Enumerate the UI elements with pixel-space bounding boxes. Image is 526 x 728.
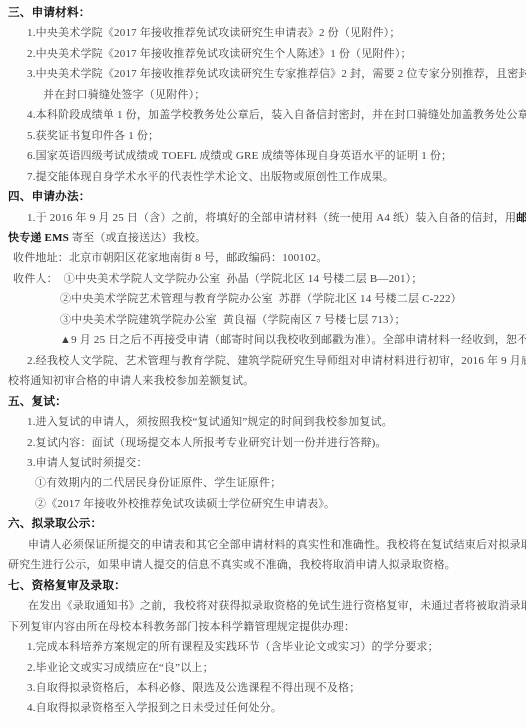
document-line: 1.中央美术学院《2017 年接收推荐免试攻读研究生申请表》2 份（见附件）； bbox=[0, 23, 526, 43]
text-run: 收件地址：北京市朝阳区花家地南街 8 号，邮政编码：100102。 bbox=[13, 252, 328, 264]
text-run: 1.进入复试的申请人，须按照我校“复试通知”规定的时间到我校参加复试。 bbox=[27, 416, 393, 428]
section-heading-5: 七、资格复审及录取： bbox=[0, 576, 526, 596]
text-run: 研究生进行公示，如果申请人提交的信息不真实或不准确，我校将取消申请人拟录取资格。 bbox=[8, 559, 456, 571]
section-heading-1: 三、申请材料： bbox=[0, 3, 526, 23]
document-line: ▲9 月 25 日之后不再接受申请（邮寄时间以我校收到邮戳为准）。全部申请材料一… bbox=[0, 330, 526, 350]
document-line: 3.中央美术学院《2017 年接收推荐免试攻读研究生专家推荐信》2 封，需要 2… bbox=[0, 64, 526, 84]
text-run: 收件人： ①中央美术学院人文学院办公室 孙晶（学院北区 14 号楼二层 B—20… bbox=[13, 273, 423, 285]
text-run: 5.获奖证书复印件各 1 份； bbox=[27, 130, 159, 142]
text-run: 并在封口骑缝处签字（见附件）； bbox=[43, 89, 206, 101]
text-run: ①有效期内的二代居民身份证原件、学生证原件； bbox=[35, 477, 281, 489]
text-run: 在发出《录取通知书》之前，我校将对获得拟录取资格的免试生进行资格复审，未通过者将… bbox=[28, 600, 526, 612]
text-run: 2.复试内容：面试（现场提交本人所报考专业研究计划一份并进行答辩)。 bbox=[27, 437, 387, 449]
document-line: 下列复审内容由所在母校本科教务部门按本科学籍管理规定提供办理： bbox=[0, 617, 526, 637]
text-run: 2.毕业论文或实习成绩应在“良”以上； bbox=[27, 662, 214, 674]
document-line: 并在封口骑缝处签字（见附件）； bbox=[0, 85, 526, 105]
document-line: 3.申请人复试时须提交： bbox=[0, 453, 526, 473]
document-line: 收件地址：北京市朝阳区花家地南街 8 号，邮政编码：100102。 bbox=[0, 248, 526, 268]
document-line: 申请人必须保证所提交的申请表和其它全部申请材料的真实性和准确性。我校将在复试结束… bbox=[0, 535, 526, 555]
emphasis-text: 快专递 EMS bbox=[8, 232, 69, 244]
document-line: 1.进入复试的申请人，须按照我校“复试通知”规定的时间到我校参加复试。 bbox=[0, 412, 526, 432]
text-run: ②《2017 年接收外校推荐免试攻读硕士学位研究生申请表》。 bbox=[35, 498, 335, 510]
text-run: ②中央美术学院艺术管理与教育学院办公室 苏群（学院北区 14 号楼二层 C-22… bbox=[60, 293, 462, 305]
document-line: ③中央美术学院建筑学院办公室 黄良福（学院南区 7 号楼七层 713）； bbox=[0, 310, 526, 330]
text-run: 校将通知初审合格的申请人来我校参加差额复试。 bbox=[8, 375, 254, 387]
text-run: 3.中央美术学院《2017 年接收推荐免试攻读研究生专家推荐信》2 封，需要 2… bbox=[27, 68, 526, 80]
document-line: ②中央美术学院艺术管理与教育学院办公室 苏群（学院北区 14 号楼二层 C-22… bbox=[0, 289, 526, 309]
document-line: 2.毕业论文或实习成绩应在“良”以上； bbox=[0, 658, 526, 678]
text-run: 3.自取得拟录资格后，本科必修、限选及公选课程不得出现不及格； bbox=[27, 682, 360, 694]
document-line: ①有效期内的二代居民身份证原件、学生证原件； bbox=[0, 473, 526, 493]
text-run: 2.中央美术学院《2017 年接收推荐免试攻读研究生个人陈述》1 份（见附件）； bbox=[27, 48, 412, 60]
text-run: 下列复审内容由所在母校本科教务部门按本科学籍管理规定提供办理： bbox=[8, 621, 355, 633]
document-line: 6.国家英语四级考试成绩或 TOEFL 成绩或 GRE 成绩等体现自身英语水平的… bbox=[0, 146, 526, 166]
text-run: 4.本科阶段成绩单 1 份，加盖学校教务处公章后，装入自备信封密封，并在封口骑缝… bbox=[27, 109, 526, 121]
document-line: 校将通知初审合格的申请人来我校参加差额复试。 bbox=[0, 371, 526, 391]
document-line: 研究生进行公示，如果申请人提交的信息不真实或不准确，我校将取消申请人拟录取资格。 bbox=[0, 555, 526, 575]
text-run: ③中央美术学院建筑学院办公室 黄良福（学院南区 7 号楼七层 713）； bbox=[60, 314, 406, 326]
document-line: 2.复试内容：面试（现场提交本人所报考专业研究计划一份并进行答辩)。 bbox=[0, 433, 526, 453]
text-run: 寄至（或直接送达）我校。 bbox=[69, 232, 206, 244]
section-heading-3: 五、复试： bbox=[0, 392, 526, 412]
document-line: 1.于 2016 年 9 月 25 日（含）之前，将填好的全部申请材料（统一使用… bbox=[0, 208, 526, 228]
document-line: 在发出《录取通知书》之前，我校将对获得拟录取资格的免试生进行资格复审，未通过者将… bbox=[0, 596, 526, 616]
document-line: 收件人： ①中央美术学院人文学院办公室 孙晶（学院北区 14 号楼二层 B—20… bbox=[0, 269, 526, 289]
document-line: 4.本科阶段成绩单 1 份，加盖学校教务处公章后，装入自备信封密封，并在封口骑缝… bbox=[0, 105, 526, 125]
document-line: ②《2017 年接收外校推荐免试攻读硕士学位研究生申请表》。 bbox=[0, 494, 526, 514]
text-run: ▲9 月 25 日之后不再接受申请（邮寄时间以我校收到邮戳为准）。全部申请材料一… bbox=[60, 334, 526, 346]
text-run: 4.自取得拟录资格至入学报到之日未受过任何处分。 bbox=[27, 702, 282, 714]
document-line: 7.提交能体现自身学术水平的代表性学术论文、出版物或原创性工作成果。 bbox=[0, 167, 526, 187]
text-run: 3.申请人复试时须提交： bbox=[27, 457, 148, 469]
section-heading-4: 六、拟录取公示： bbox=[0, 514, 526, 534]
document-line: 5.获奖证书复印件各 1 份； bbox=[0, 126, 526, 146]
document-line: 3.自取得拟录资格后，本科必修、限选及公选课程不得出现不及格； bbox=[0, 678, 526, 698]
document-line: 2.中央美术学院《2017 年接收推荐免试攻读研究生个人陈述》1 份（见附件）； bbox=[0, 44, 526, 64]
text-run: 1.于 2016 年 9 月 25 日（含）之前，将填好的全部申请材料（统一使用… bbox=[27, 212, 516, 224]
section-heading-2: 四、申请办法： bbox=[0, 187, 526, 207]
text-run: 1.中央美术学院《2017 年接收推荐免试攻读研究生申请表》2 份（见附件）； bbox=[27, 27, 401, 39]
text-run: 2.经我校人文学院、艺术管理与教育学院、建筑学院研究生导师组对申请材料进行初审，… bbox=[27, 355, 526, 367]
text-run: 申请人必须保证所提交的申请表和其它全部申请材料的真实性和准确性。我校将在复试结束… bbox=[28, 539, 526, 551]
text-run: 6.国家英语四级考试成绩或 TOEFL 成绩或 GRE 成绩等体现自身英语水平的… bbox=[27, 150, 452, 162]
document-line: 4.自取得拟录资格至入学报到之日未受过任何处分。 bbox=[0, 698, 526, 718]
document-line: 1.完成本科培养方案规定的所有课程及实践环节（含毕业论文或实习）的学分要求； bbox=[0, 637, 526, 657]
text-run: 7.提交能体现自身学术水平的代表性学术论文、出版物或原创性工作成果。 bbox=[27, 171, 394, 183]
document-body: 三、申请材料：1.中央美术学院《2017 年接收推荐免试攻读研究生申请表》2 份… bbox=[0, 3, 526, 719]
text-run: 1.完成本科培养方案规定的所有课程及实践环节（含毕业论文或实习）的学分要求； bbox=[27, 641, 439, 653]
document-line: 2.经我校人文学院、艺术管理与教育学院、建筑学院研究生导师组对申请材料进行初审，… bbox=[0, 351, 526, 371]
emphasis-text: 邮政特 bbox=[516, 212, 526, 224]
document-page: 三、申请材料：1.中央美术学院《2017 年接收推荐免试攻读研究生申请表》2 份… bbox=[0, 0, 526, 728]
document-line: 快专递 EMS 寄至（或直接送达）我校。 bbox=[0, 228, 526, 248]
